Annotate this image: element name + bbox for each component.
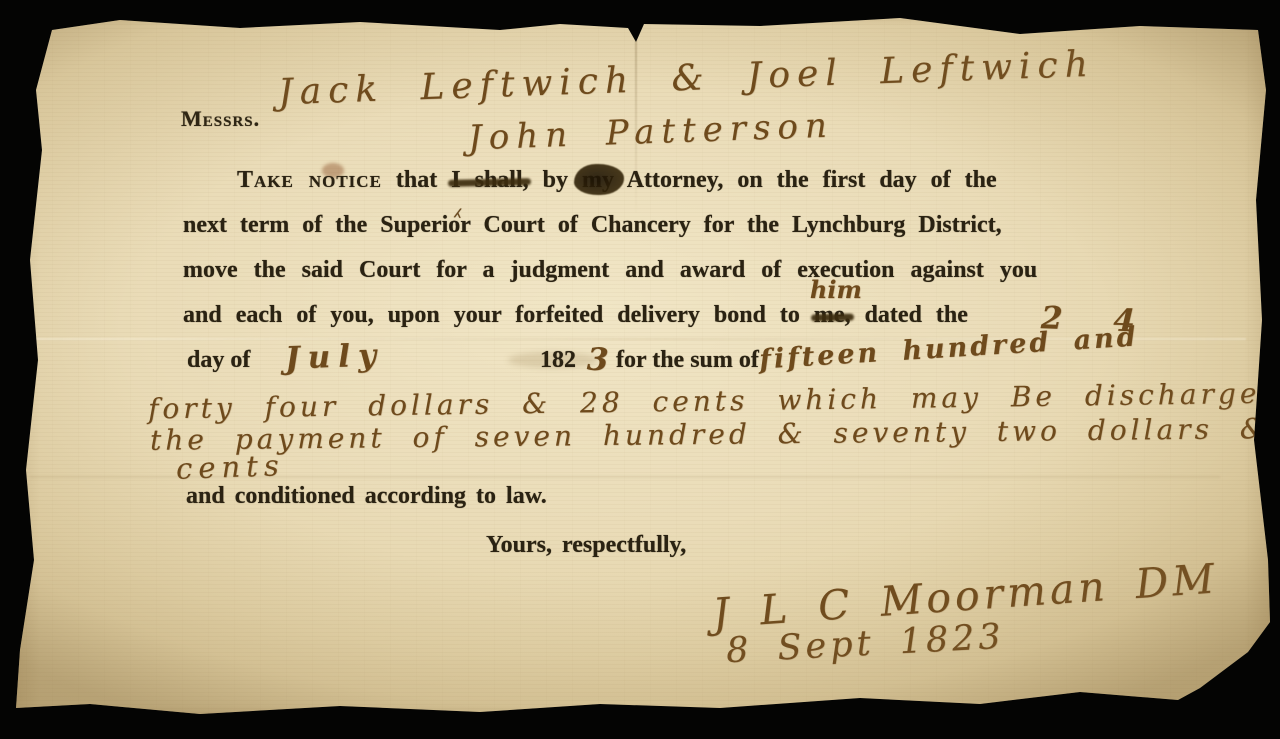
notice-line-1: Take notice that I shall, by my Attorney… <box>237 167 997 194</box>
notice-line-4: and each of you, upon your forfeited del… <box>183 302 968 329</box>
handwritten-addressee-line-2: John Patterson <box>467 106 834 159</box>
word-by: by <box>543 167 568 193</box>
struck-me-wrap: me,him <box>814 302 851 329</box>
closing-line: Yours, respectfully, <box>486 532 686 559</box>
notice-line-3: move the said Court for a judgment and a… <box>183 257 1037 284</box>
handwritten-year-digit: 3 <box>586 342 609 379</box>
notice-line-4-pre: and each of you, upon your forfeited del… <box>183 302 800 328</box>
notice-line-1-rest: Attorney, on the first day of the <box>627 167 997 193</box>
notice-line-2: next term of the Superior Court of Chanc… <box>183 212 1002 239</box>
handwritten-month: July <box>284 337 384 376</box>
take-notice-text: Take notice <box>237 167 382 193</box>
for-the-sum-of-text: for the sum of <box>616 347 759 374</box>
notice-line-4-post: dated the <box>865 302 968 328</box>
salutation: Messrs. <box>181 106 260 132</box>
handwritten-amount-line-4: cents <box>175 448 285 486</box>
word-that: that <box>396 167 437 193</box>
document-paper: Messrs. Jack Leftwich & Joel Leftwich Jo… <box>0 0 1280 739</box>
struck-i-shall: I shall, <box>451 167 528 194</box>
handwritten-addressee-line-1: Jack Leftwich & Joel Leftwich <box>278 44 1096 113</box>
handwritten-amount-line-1: fifteen hundred and <box>758 321 1139 375</box>
blotted-my: my <box>582 167 614 194</box>
day-of-text: day of <box>187 347 250 374</box>
struck-me: me, <box>814 302 851 329</box>
printed-year: 182 <box>540 347 576 374</box>
inserted-him: him <box>810 275 862 304</box>
scan-background: Messrs. Jack Leftwich & Joel Leftwich Jo… <box>0 0 1280 739</box>
conditioned-line: and conditioned according to law. <box>186 483 547 510</box>
